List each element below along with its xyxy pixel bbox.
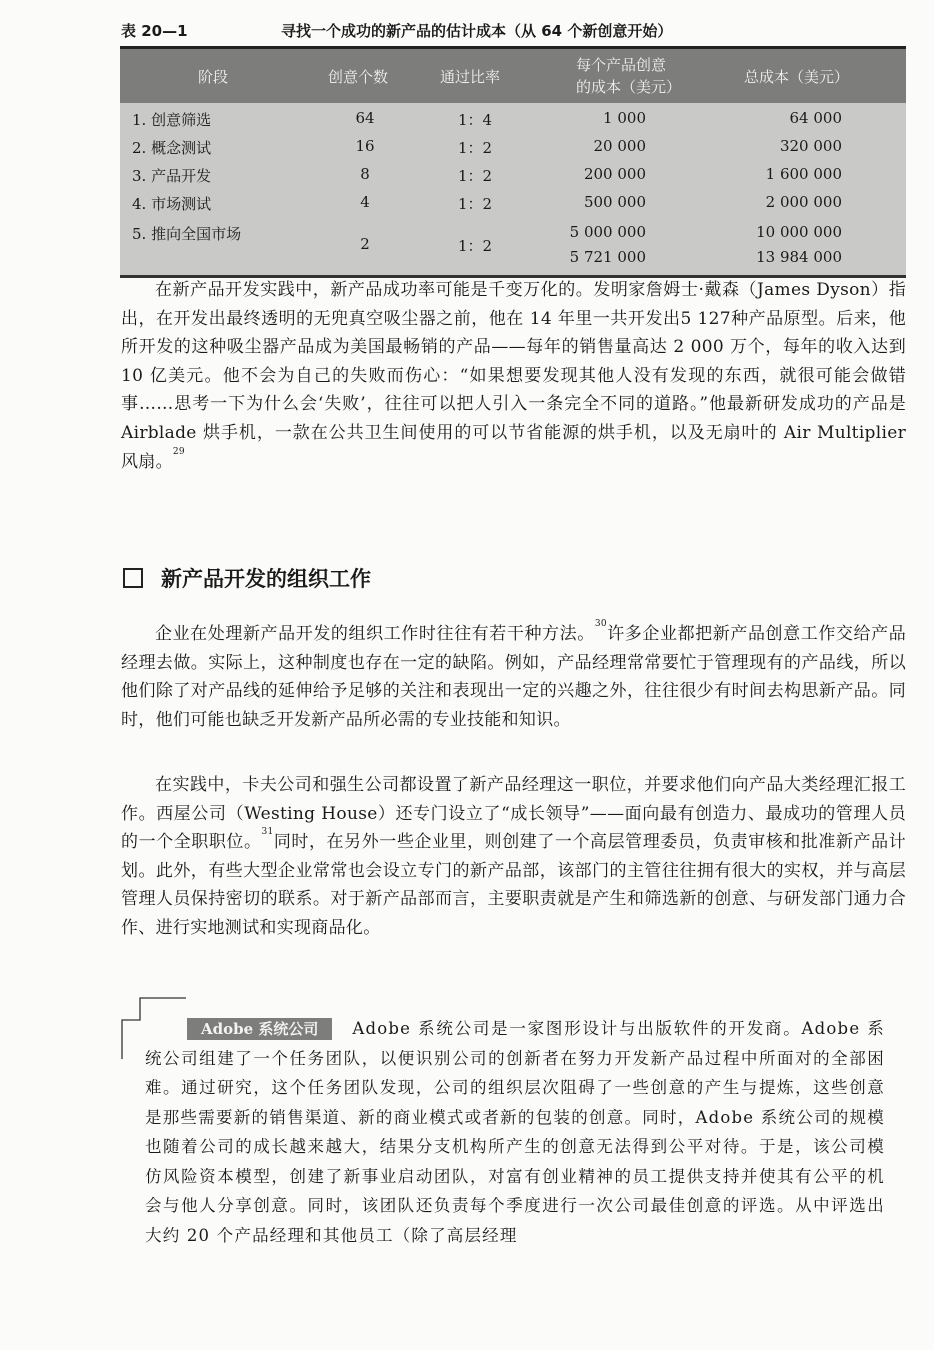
cell-cost: 5 000 000 <box>570 223 646 241</box>
paragraph-dyson-text: 在新产品开发实践中，新产品成功率可能是千变万化的。发明家詹姆士·戴森（James… <box>121 280 906 472</box>
cell-ideas: 64 <box>340 109 390 127</box>
header-cost-line2: 的成本（美元） <box>576 78 681 96</box>
cell-stage: 4. 市场测试 <box>132 193 211 214</box>
cell-ideas: 16 <box>340 137 390 155</box>
cell-ratio: 1：2 <box>450 165 500 186</box>
table-title: 寻找一个成功的新产品的估计成本（从 64 个新创意开始） <box>281 20 672 41</box>
cell-total: 64 000 <box>790 109 843 127</box>
header-cost: 每个产品创意 的成本（美元） <box>576 54 681 98</box>
cell-ratio: 1：2 <box>450 235 500 256</box>
table-row: 4. 市场测试 4 1：2 500 000 2 000 000 <box>120 189 906 217</box>
cell-ideas: 2 <box>340 235 390 253</box>
table-number: 表 20—1 <box>121 20 188 41</box>
cell-stage: 1. 创意筛选 <box>132 109 211 130</box>
header-total: 总成本（美元） <box>744 66 849 87</box>
case-label: Adobe 系统公司 <box>187 1018 332 1040</box>
cost-table: 阶段 创意个数 通过比率 每个产品创意 的成本（美元） 总成本（美元） 1. 创… <box>120 46 906 278</box>
table-row: 1. 创意筛选 64 1：4 1 000 64 000 <box>120 105 906 133</box>
header-ideas: 创意个数 <box>328 66 388 87</box>
table-row: 2. 概念测试 16 1：2 20 000 320 000 <box>120 133 906 161</box>
case-text: Adobe 系统公司是一家图形设计与出版软件的开发商。Adobe 系统公司组建了… <box>145 1019 885 1245</box>
cell-stage: 2. 概念测试 <box>132 137 211 158</box>
header-cost-line1: 每个产品创意 <box>576 56 666 74</box>
cell-cost: 20 000 <box>594 137 647 155</box>
cell-total: 320 000 <box>780 137 842 155</box>
section-heading: 新产品开发的组织工作 <box>123 563 371 593</box>
case-study-adobe: Adobe 系统公司Adobe 系统公司是一家图形设计与出版软件的开发商。Ado… <box>145 1014 885 1250</box>
footnote-31: 31 <box>262 827 274 837</box>
cell-stage: 5. 推向全国市场 <box>132 223 241 244</box>
paragraph-org1-text: 企业在处理新产品开发的组织工作时往往有若干种方法。 <box>155 624 595 644</box>
section-heading-text: 新产品开发的组织工作 <box>161 563 371 593</box>
paragraph-organization-2: 在实践中，卡夫公司和强生公司都设置了新产品经理这一职位，并要求他们向产品大类经理… <box>121 771 906 943</box>
cell-ideas: 4 <box>340 193 390 211</box>
checkbox-square-icon <box>123 568 143 588</box>
footnote-29: 29 <box>173 447 185 457</box>
table-caption: 表 20—1 寻找一个成功的新产品的估计成本（从 64 个新创意开始） <box>121 18 906 44</box>
summary-total: 13 984 000 <box>756 248 842 266</box>
cell-ratio: 1：4 <box>450 109 500 130</box>
cell-cost: 1 000 <box>603 109 646 127</box>
cell-ratio: 1：2 <box>450 137 500 158</box>
cell-cost: 500 000 <box>584 193 646 211</box>
paragraph-organization-1: 企业在处理新产品开发的组织工作时往往有若干种方法。30许多企业都把新产品创意工作… <box>121 620 906 734</box>
cell-total: 10 000 000 <box>756 223 842 241</box>
header-stage: 阶段 <box>198 66 228 87</box>
paragraph-dyson: 在新产品开发实践中，新产品成功率可能是千变万化的。发明家詹姆士·戴森（James… <box>121 276 906 476</box>
cell-total: 1 600 000 <box>766 165 842 183</box>
cell-ideas: 8 <box>340 165 390 183</box>
table-row: 3. 产品开发 8 1：2 200 000 1 600 000 <box>120 161 906 189</box>
cell-cost: 200 000 <box>584 165 646 183</box>
summary-cost: 5 721 000 <box>570 248 646 266</box>
footnote-30: 30 <box>595 619 607 629</box>
table-row: 5. 推向全国市场 2 1：2 5 000 000 10 000 000 5 7… <box>120 219 906 275</box>
cell-total: 2 000 000 <box>766 193 842 211</box>
cell-ratio: 1：2 <box>450 193 500 214</box>
header-ratio: 通过比率 <box>440 66 500 87</box>
cell-stage: 3. 产品开发 <box>132 165 211 186</box>
table-header: 阶段 创意个数 通过比率 每个产品创意 的成本（美元） 总成本（美元） <box>120 49 906 103</box>
